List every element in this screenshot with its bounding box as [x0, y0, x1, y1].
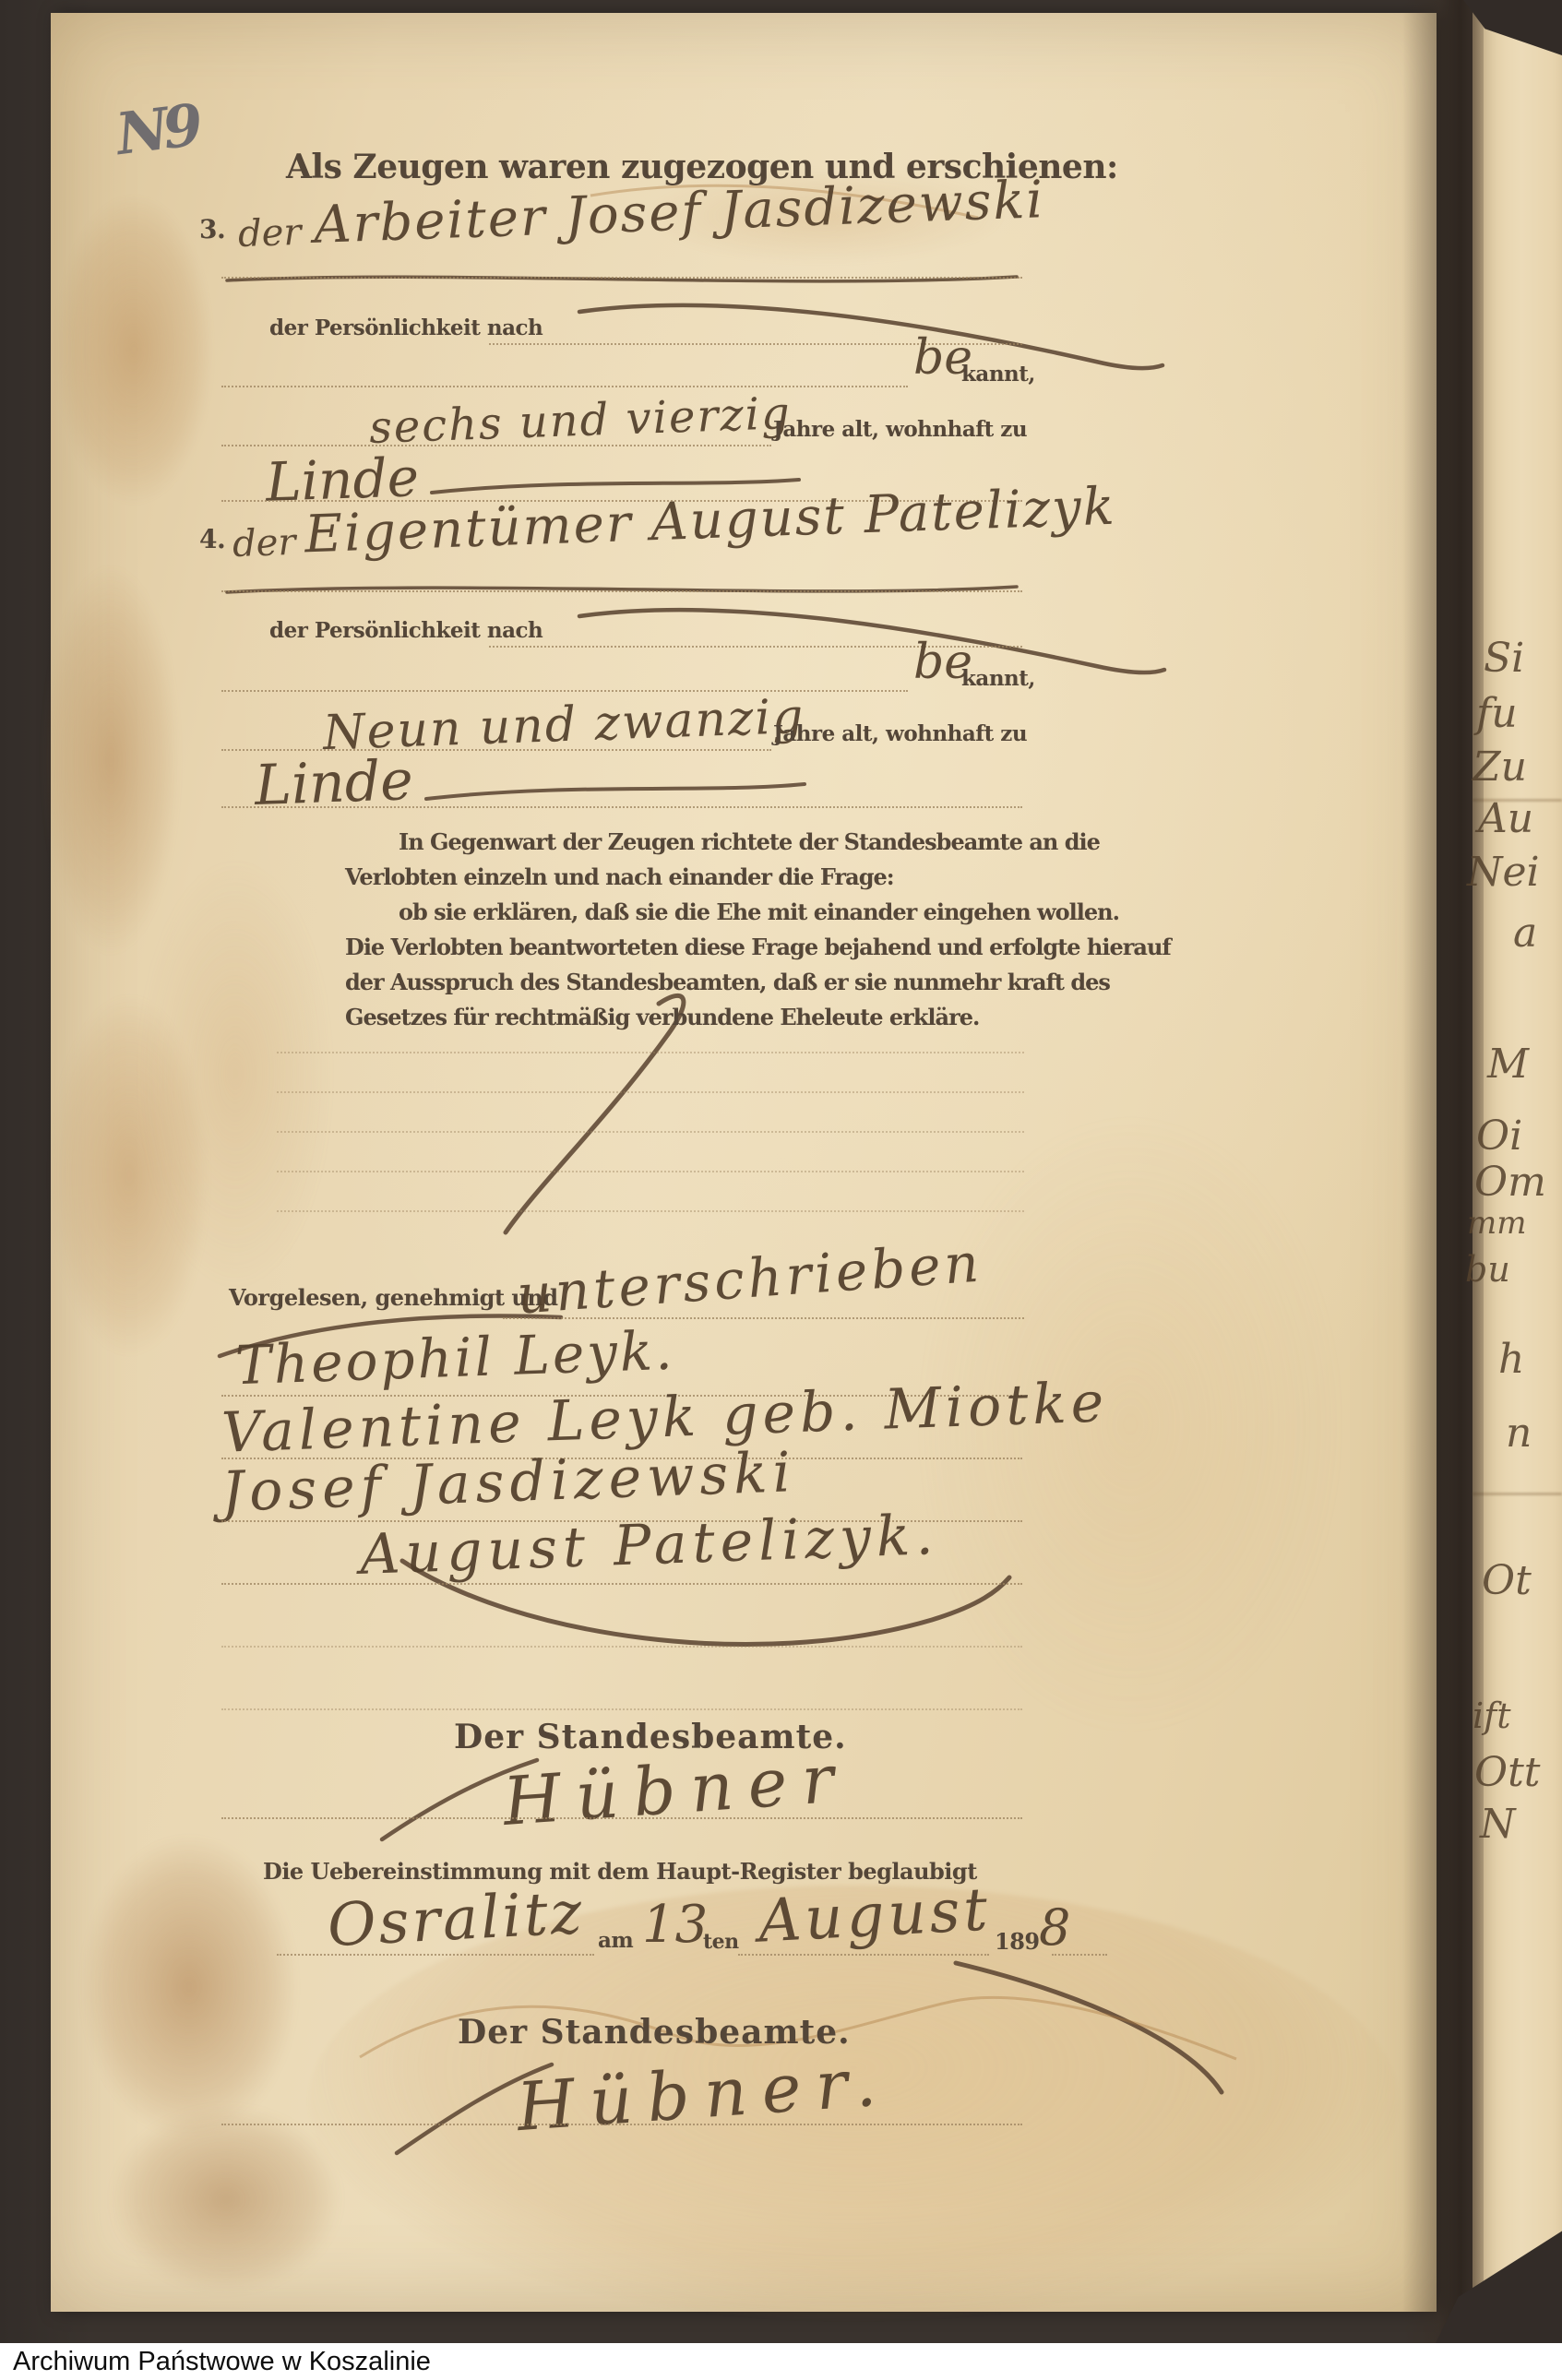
certification-year-printed: 189 — [995, 1928, 1040, 1955]
identity-suffix-2: kannt, — [961, 666, 1035, 691]
ruled-line — [221, 690, 908, 692]
age-suffix-label-2: Jahre alt, wohnhaft zu — [773, 721, 1027, 746]
ruled-line — [277, 1171, 1024, 1172]
edge-fragment: Nei — [1467, 849, 1540, 896]
declaration-line: ob sie erklären, daß sie die Ehe mit ein… — [399, 898, 1119, 925]
stain — [51, 1793, 328, 2181]
scanned-register-page: N9 Als Zeugen waren zugezogen und erschi… — [0, 0, 1562, 2380]
edge-fragment: Ott — [1474, 1749, 1540, 1796]
ruled-line — [277, 1210, 1024, 1212]
edge-fragment: Oi — [1476, 1113, 1522, 1160]
register-page-paper — [51, 13, 1437, 2312]
stain — [28, 945, 231, 1406]
certification-day: 13 — [642, 1895, 708, 1955]
ruled-line — [221, 590, 1022, 592]
certification-place: Osralitz — [326, 1879, 586, 1960]
fold-crease — [1473, 1493, 1562, 1495]
edge-fragment: h — [1498, 1336, 1524, 1383]
registrar-label-2: Der Standesbeamte. — [458, 2013, 851, 2052]
closing-label: Vorgelesen, genehmigt und — [229, 1284, 558, 1311]
identity-label-2: der Persönlichkeit nach — [269, 618, 543, 643]
declaration-line: der Ausspruch des Standesbeamten, daß er… — [345, 969, 1110, 995]
certification-ten-label: ten — [703, 1930, 739, 1954]
identity-label: der Persönlichkeit nach — [269, 315, 543, 340]
witness4-article-handwritten: der — [232, 521, 296, 565]
edge-fragment: ift — [1473, 1696, 1511, 1736]
stain — [32, 151, 235, 548]
edge-fragment: fu — [1476, 690, 1518, 737]
edge-fragment: Ot — [1482, 1557, 1532, 1604]
ruled-line — [221, 277, 1022, 279]
edge-fragment: Si — [1484, 635, 1524, 682]
ruled-line — [221, 1646, 1022, 1648]
edge-fragment: bu — [1465, 1249, 1510, 1290]
pencil-archival-number: N9 — [113, 91, 201, 168]
witness3-article-handwritten: der — [237, 211, 302, 256]
identity-suffix: kannt, — [961, 362, 1035, 387]
witness4-number: 4. — [199, 524, 225, 554]
ruled-line — [277, 1131, 1024, 1133]
edge-fragment: Au — [1478, 795, 1533, 842]
edge-fragment: M — [1487, 1041, 1529, 1088]
stain — [23, 511, 198, 1009]
edge-fragment: Om — [1474, 1159, 1546, 1206]
archive-name: Archiwum Państwowe w Koszalinie — [13, 2347, 431, 2377]
edge-fragment: N — [1480, 1801, 1516, 1848]
ruled-line — [503, 1317, 1024, 1319]
age-suffix-label: Jahre alt, wohnhaft zu — [773, 417, 1027, 442]
stain — [106, 788, 364, 1360]
edge-fragment: Zu — [1473, 744, 1527, 791]
ruled-line — [277, 1091, 1024, 1093]
declaration-line: In Gegenwart der Zeugen richtete der Sta… — [399, 828, 1100, 855]
ruled-line — [277, 1954, 594, 1956]
witness3-number: 3. — [199, 214, 225, 244]
ruled-line — [221, 1817, 1022, 1819]
edge-fragment: a — [1513, 910, 1537, 957]
ruled-line — [221, 1583, 1022, 1585]
ruled-line — [221, 806, 1022, 808]
stain — [78, 2079, 374, 2319]
ruled-line — [277, 1052, 1024, 1053]
declaration-line: Gesetzes für rechtmäßig verbundene Ehele… — [345, 1004, 979, 1030]
certification-month: August — [757, 1875, 993, 1956]
ruled-line — [221, 1708, 1022, 1710]
page-gutter-shadow — [1402, 0, 1484, 2347]
certification-year-digit: 8 — [1039, 1898, 1070, 1957]
ruled-line — [1052, 1954, 1107, 1956]
certification-label: Die Uebereinstimmung mit dem Haupt-Regis… — [263, 1858, 977, 1885]
archive-watermark-bar: Archiwum Państwowe w Koszalinie — [0, 2343, 1562, 2380]
ruled-line — [221, 445, 771, 446]
ruled-line — [738, 1954, 989, 1956]
declaration-line: Die Verlobten beantworteten diese Frage … — [345, 934, 1171, 960]
ruled-line — [221, 749, 771, 751]
certification-am-label: am — [598, 1928, 633, 1953]
edge-fragment: mm — [1467, 1205, 1526, 1242]
edge-fragment: n — [1506, 1410, 1532, 1457]
declaration-line: Verlobten einzeln und nach einander die … — [345, 863, 894, 890]
ruled-line — [221, 386, 908, 387]
ruled-line — [221, 2124, 1022, 2125]
